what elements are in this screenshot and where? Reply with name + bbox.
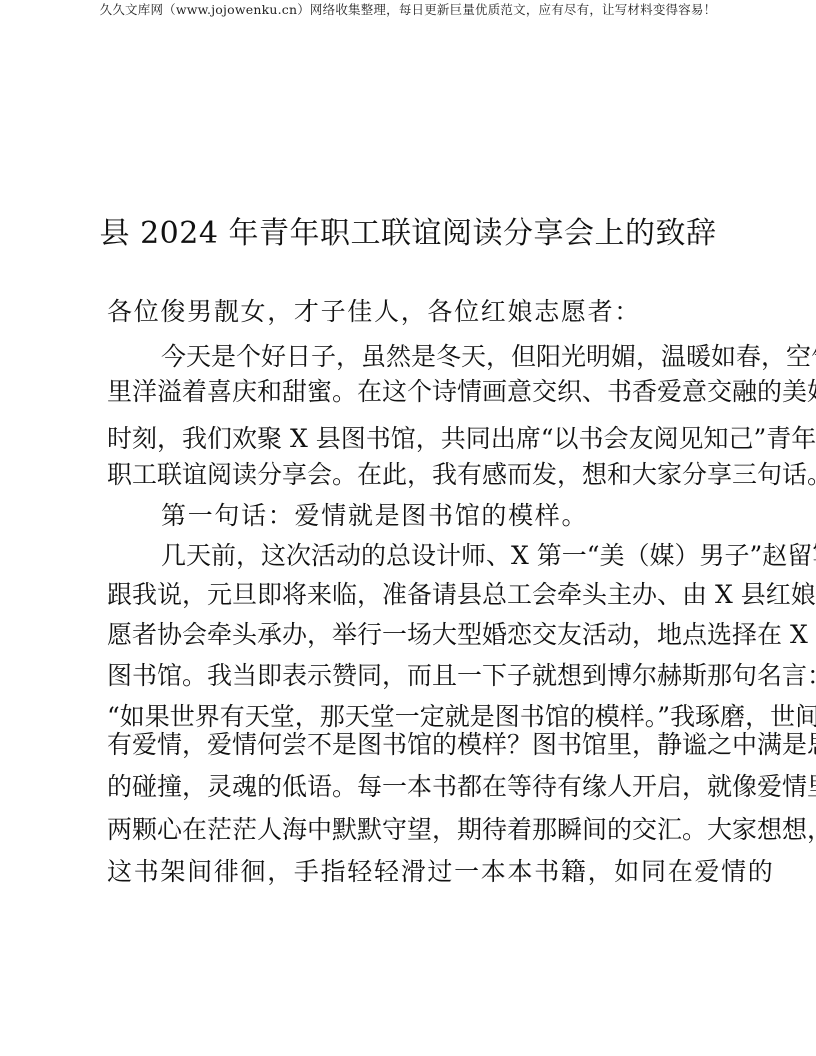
paragraph-line: 的碰撞，灵魂的低语。每一本书都在等待有缘人开启，就像爱情里， [107, 772, 722, 802]
paragraph-line: 时刻，我们欢聚 X 县图书馆，共同出席“以书会友阅见知己”青年 [107, 424, 722, 454]
paragraph-line: 两颗心在茫茫人海中默默守望，期待着那瞬间的交汇。大家想想，在 [107, 815, 722, 845]
salutation-line: 各位俊男靓女，才子佳人，各位红娘志愿者： [107, 297, 722, 327]
paragraph-line: 这书架间徘徊，手指轻轻滑过一本本书籍，如同在爱情的 [107, 857, 722, 887]
paragraph-line: 图书馆。我当即表示赞同，而且一下子就想到博尔赫斯那句名言： [107, 661, 722, 691]
paragraph-line: 职工联谊阅读分享会。在此，我有感而发，想和大家分享三句话。 [107, 460, 722, 490]
section-heading-line: 第一句话：爱情就是图书馆的模样。 [161, 501, 722, 531]
paragraph-line: 愿者协会牵头承办，举行一场大型婚恋交友活动，地点选择在 X 县 [107, 620, 722, 650]
paragraph-line: 跟我说，元旦即将来临，准备请县总工会牵头主办、由 X 县红娘志 [107, 580, 722, 610]
paragraph-line: 今天是个好日子，虽然是冬天，但阳光明媚，温暖如春，空气 [161, 342, 722, 372]
paragraph-line: 几天前，这次活动的总设计师、X 第一“美（媒）男子”赵留军 [161, 541, 722, 571]
paragraph-line: 里洋溢着喜庆和甜蜜。在这个诗情画意交织、书香爱意交融的美好 [107, 377, 722, 407]
page-header: 久久文库网（www.jojowenku.cn）网络收集整理，每日更新巨量优质范文… [0, 2, 816, 18]
paragraph-line: 有爱情，爱情何尝不是图书馆的模样？图书馆里，静谧之中满是思想 [107, 730, 722, 760]
document-title: 县 2024 年青年职工联谊阅读分享会上的致辞 [0, 214, 816, 254]
paragraph-line: “如果世界有天堂，那天堂一定就是图书馆的模样。”我琢磨，世间 [107, 702, 722, 732]
